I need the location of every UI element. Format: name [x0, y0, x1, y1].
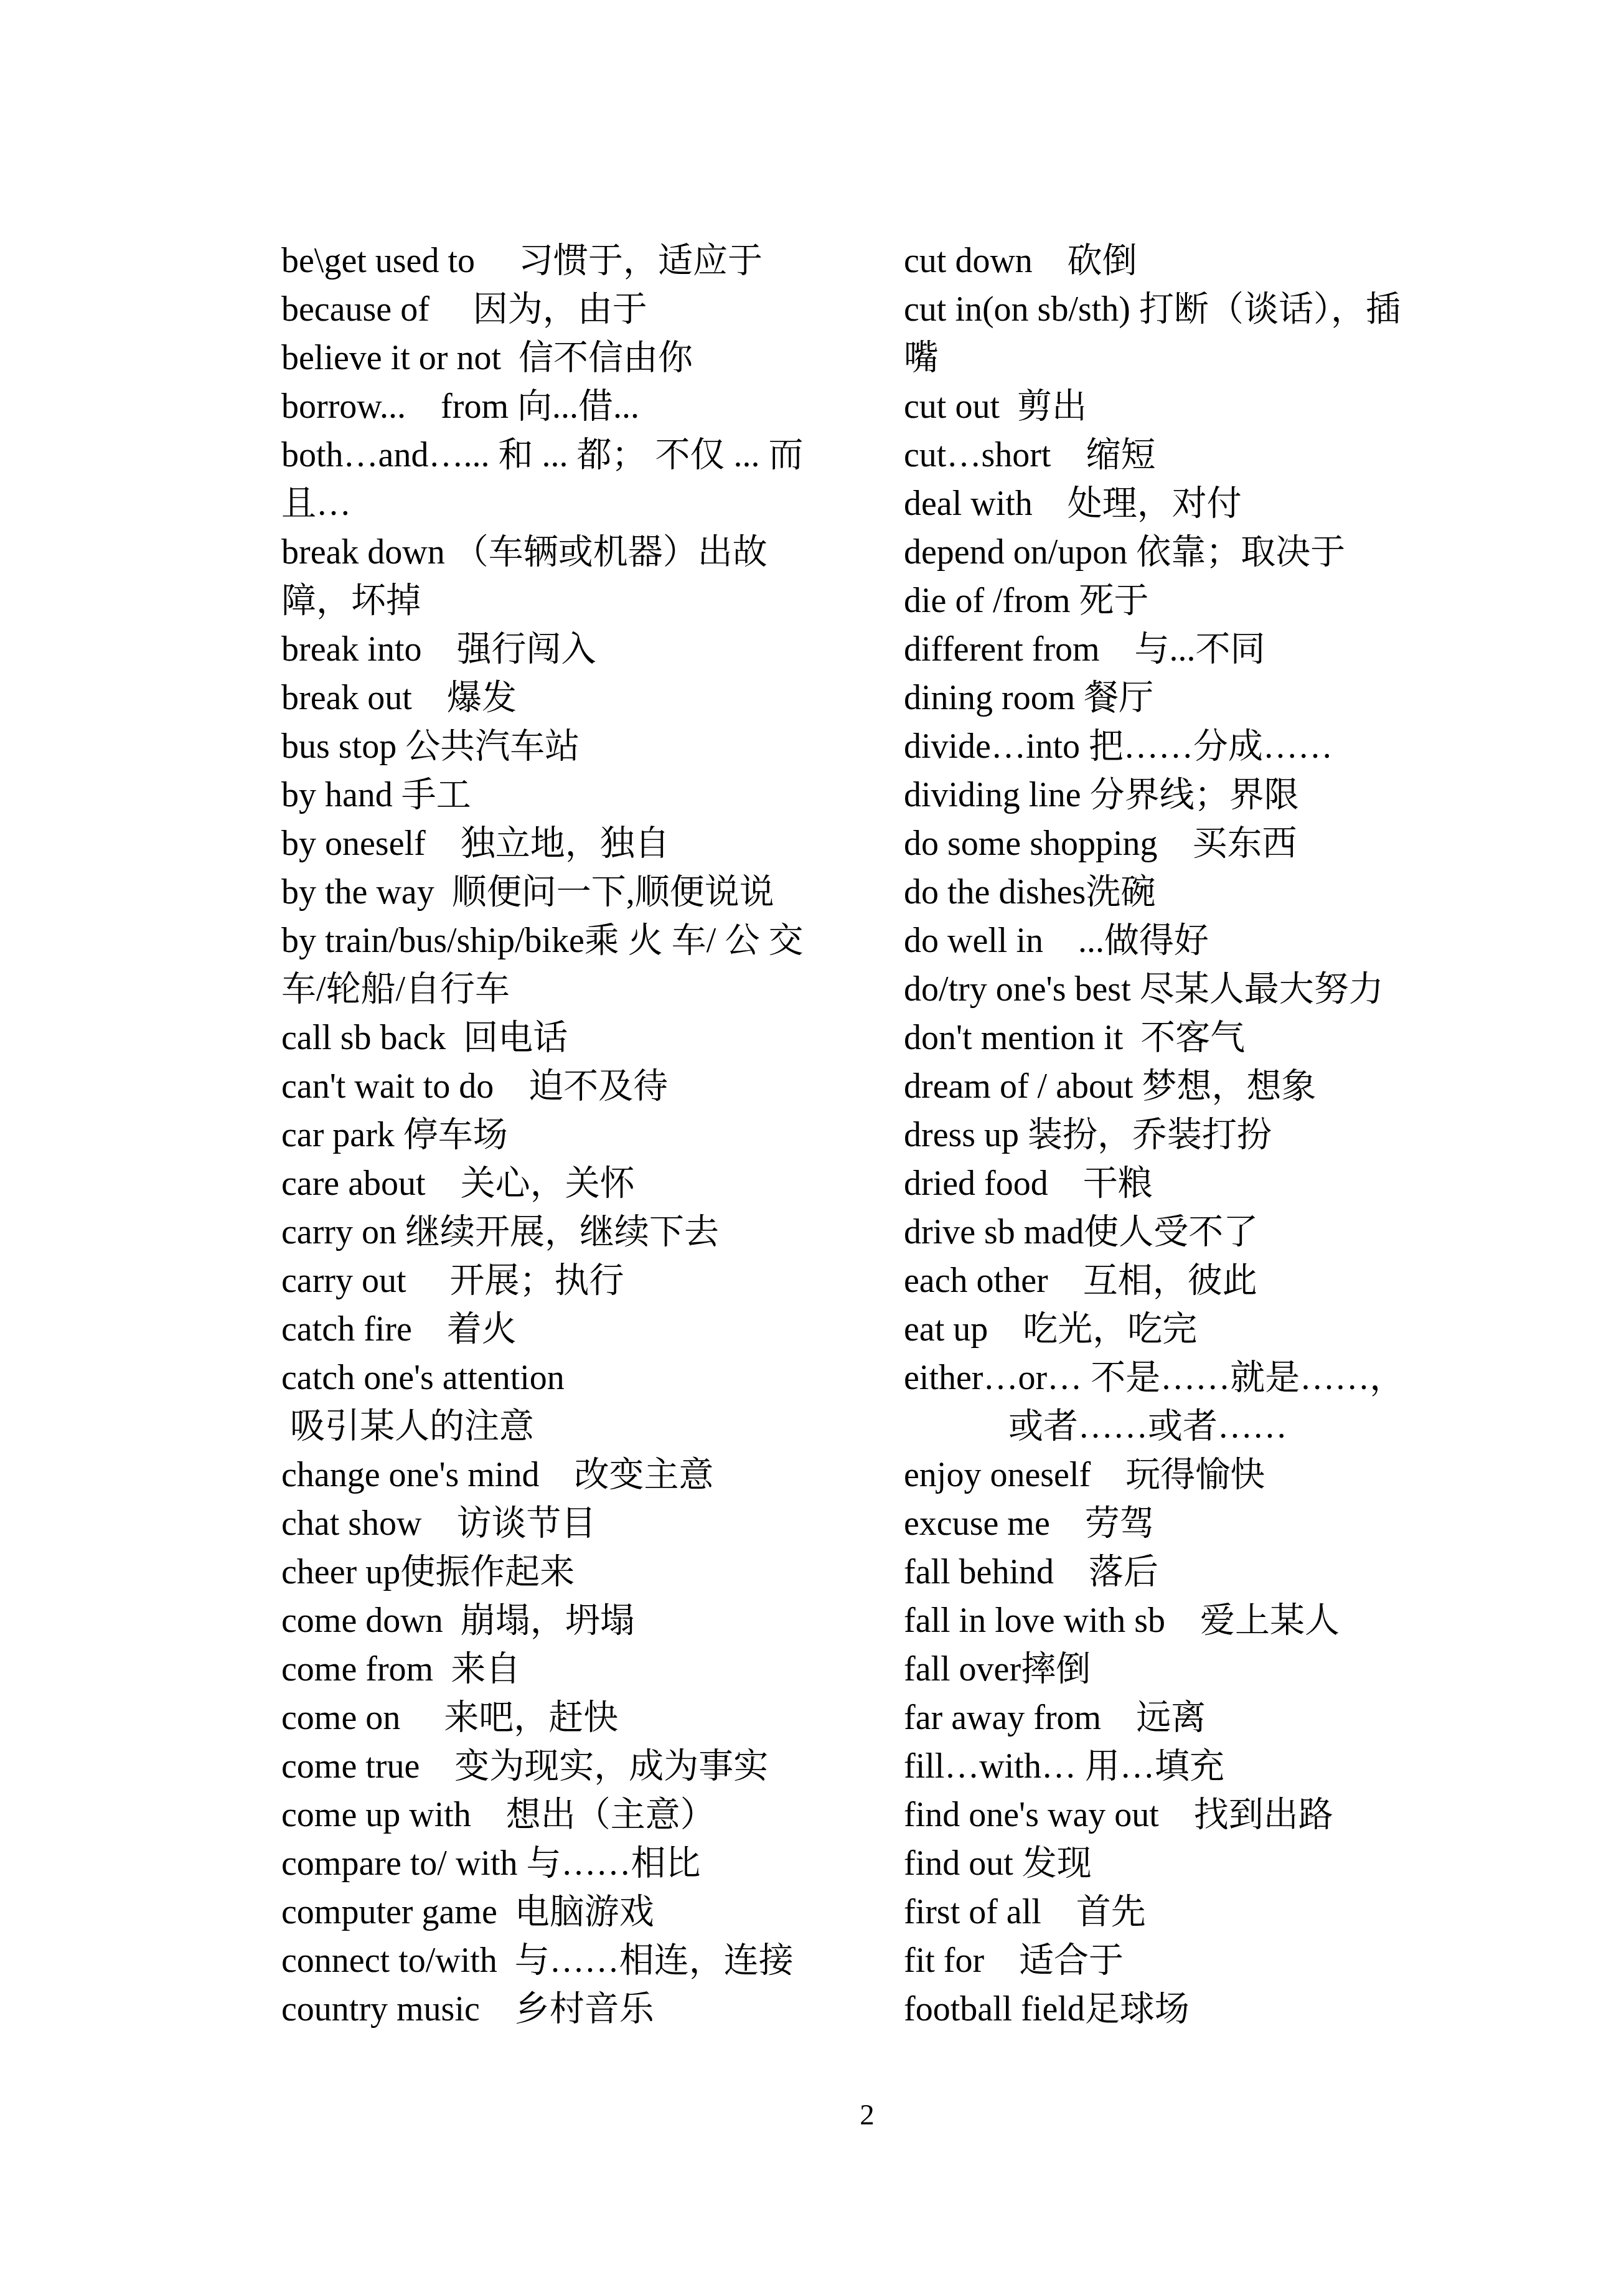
phrase-line: be\get used to 习惯于，适应于: [281, 237, 891, 285]
phrase-line: fit for 适合于: [904, 1936, 1514, 1985]
phrase-line: 车/轮船/自行车: [281, 965, 891, 1014]
phrase-line: by train/bus/ship/bike乘 火 车/ 公 交: [281, 917, 891, 965]
phrase-line: dress up 装扮，乔装打扮: [904, 1111, 1514, 1159]
phrase-line: dried food 干粮: [904, 1159, 1514, 1208]
glossary-column-left: be\get used to 习惯于，适应于because of 因为，由于be…: [281, 237, 891, 2033]
phrase-line: come on 来吧，赶快: [281, 1694, 891, 1742]
phrase-line: come true 变为现实，成为事实: [281, 1742, 891, 1791]
phrase-line: 嘴: [904, 334, 1514, 382]
phrase-line: cut out 剪出: [904, 382, 1514, 431]
phrase-line: divide…into 把……分成……: [904, 722, 1514, 771]
phrase-line: cut down 砍倒: [904, 237, 1514, 285]
phrase-line: 或者……或者……: [904, 1402, 1514, 1451]
phrase-line: enjoy oneself 玩得愉快: [904, 1451, 1514, 1499]
phrase-line: drive sb mad使人受不了: [904, 1208, 1514, 1256]
phrase-line: cheer up使振作起来: [281, 1548, 891, 1596]
phrase-line: compare to/ with 与……相比: [281, 1839, 891, 1888]
phrase-line: break into 强行闯入: [281, 625, 891, 674]
phrase-line: different from 与...不同: [904, 625, 1514, 674]
phrase-line: don't mention it 不客气: [904, 1014, 1514, 1062]
phrase-line: country music 乡村音乐: [281, 1985, 891, 2033]
phrase-line: depend on/upon 依靠；取决于: [904, 528, 1514, 577]
phrase-line: because of 因为，由于: [281, 285, 891, 334]
phrase-line: dividing line 分界线；界限: [904, 771, 1514, 819]
phrase-line: break out 爆发: [281, 674, 891, 722]
phrase-line: fall behind 落后: [904, 1548, 1514, 1596]
phrase-line: dream of / about 梦想，想象: [904, 1062, 1514, 1111]
phrase-line: break down （车辆或机器）出故: [281, 528, 891, 577]
phrase-line: do some shopping 买东西: [904, 819, 1514, 868]
phrase-line: car park 停车场: [281, 1111, 891, 1159]
phrase-line: care about 关心，关怀: [281, 1159, 891, 1208]
phrase-line: chat show 访谈节目: [281, 1499, 891, 1548]
phrase-line: football field足球场: [904, 1985, 1514, 2033]
phrase-line: find one's way out 找到出路: [904, 1791, 1514, 1839]
phrase-line: 且…: [281, 479, 891, 528]
phrase-line: change one's mind 改变主意: [281, 1451, 891, 1499]
phrase-line: fill…with… 用…填充: [904, 1742, 1514, 1791]
phrase-line: fall in love with sb 爱上某人: [904, 1596, 1514, 1645]
phrase-line: connect to/with 与……相连，连接: [281, 1936, 891, 1985]
phrase-line: 吸引某人的注意: [281, 1402, 891, 1451]
phrase-line: do well in ...做得好: [904, 917, 1514, 965]
phrase-line: believe it or not 信不信由你: [281, 334, 891, 382]
phrase-line: bus stop 公共汽车站: [281, 722, 891, 771]
phrase-line: can't wait to do 迫不及待: [281, 1062, 891, 1111]
phrase-line: each other 互相，彼此: [904, 1256, 1514, 1305]
phrase-line: far away from 远离: [904, 1694, 1514, 1742]
phrase-line: cut…short 缩短: [904, 431, 1514, 479]
phrase-line: computer game 电脑游戏: [281, 1888, 891, 1936]
phrase-line: catch fire 着火: [281, 1305, 891, 1354]
document-page: be\get used to 习惯于，适应于because of 因为，由于be…: [0, 0, 1624, 2295]
phrase-line: by the way 顺便问一下,顺便说说: [281, 868, 891, 917]
glossary-column-right: cut down 砍倒cut in(on sb/sth) 打断（谈话），插嘴cu…: [904, 237, 1514, 2033]
page-number: 2: [830, 2099, 904, 2131]
phrase-line: both…and…... 和 ... 都； 不仅 ... 而: [281, 431, 891, 479]
phrase-line: do the dishes洗碗: [904, 868, 1514, 917]
phrase-line: call sb back 回电话: [281, 1014, 891, 1062]
phrase-line: by hand 手工: [281, 771, 891, 819]
phrase-line: cut in(on sb/sth) 打断（谈话），插: [904, 285, 1514, 334]
phrase-line: come down 崩塌，坍塌: [281, 1596, 891, 1645]
phrase-line: come up with 想出（主意）: [281, 1791, 891, 1839]
phrase-line: carry out 开展；执行: [281, 1256, 891, 1305]
phrase-line: come from 来自: [281, 1645, 891, 1694]
phrase-line: deal with 处理，对付: [904, 479, 1514, 528]
phrase-line: borrow... from 向...借...: [281, 382, 891, 431]
phrase-line: die of /from 死于: [904, 577, 1514, 625]
phrase-line: by oneself 独立地，独自: [281, 819, 891, 868]
phrase-line: dining room 餐厅: [904, 674, 1514, 722]
phrase-line: either…or… 不是……就是……，: [904, 1354, 1514, 1402]
phrase-line: find out 发现: [904, 1839, 1514, 1888]
phrase-line: first of all 首先: [904, 1888, 1514, 1936]
phrase-line: catch one's attention: [281, 1354, 891, 1402]
phrase-line: carry on 继续开展，继续下去: [281, 1208, 891, 1256]
phrase-line: fall over摔倒: [904, 1645, 1514, 1694]
phrase-line: excuse me 劳驾: [904, 1499, 1514, 1548]
phrase-line: do/try one's best 尽某人最大努力: [904, 965, 1514, 1014]
phrase-line: 障，坏掉: [281, 577, 891, 625]
phrase-line: eat up 吃光，吃完: [904, 1305, 1514, 1354]
